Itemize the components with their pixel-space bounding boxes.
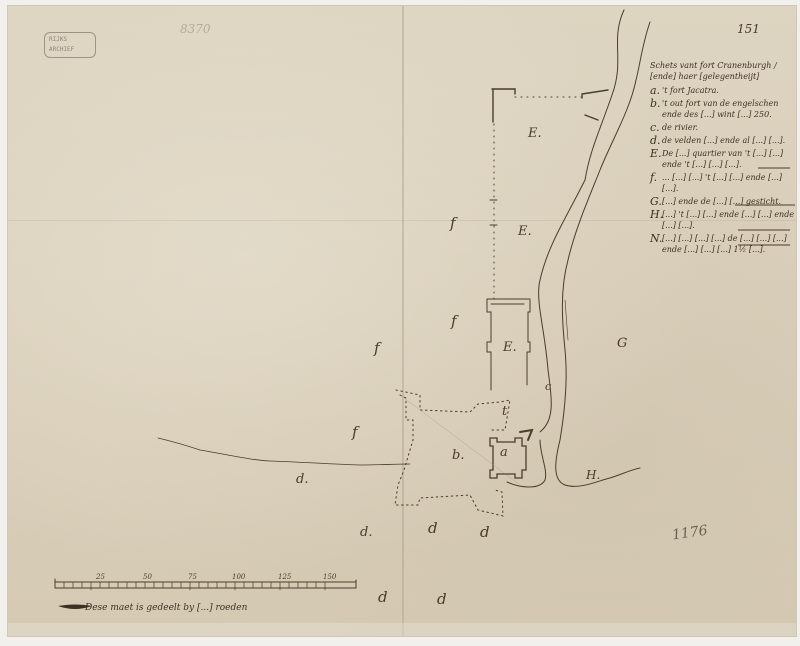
scale-tick-label: 75 — [188, 573, 197, 581]
river-bank-west — [539, 10, 624, 432]
legend-text: ... [...] [...] 't [...] [...] ende [...… — [662, 172, 796, 194]
legend-item: f.... [...] [...] 't [...] [...] ende [.… — [650, 172, 796, 194]
legend-text: [...] ende de [...] [...] gesticht. — [662, 196, 796, 207]
map-legend: Schets vant fort Cranenburgh / [ende] ha… — [650, 60, 796, 257]
label-e: E. — [528, 126, 542, 141]
label-t: t — [502, 404, 507, 419]
legend-text: 't fort Jacatra. — [662, 85, 796, 96]
legend-item: N.[...] [...] [...] [...] de [...] [...]… — [650, 233, 796, 255]
legend-key: a. — [650, 85, 662, 96]
scale-tick-label: 50 — [143, 573, 152, 581]
legend-text: 't out fort van de engelschen ende des [… — [662, 98, 796, 120]
quarter-outline-north — [492, 89, 515, 94]
label-e: E. — [503, 340, 517, 355]
label-d: d. — [296, 472, 308, 487]
legend-title: Schets vant fort Cranenburgh / [ende] ha… — [650, 60, 796, 82]
shore-line — [565, 300, 568, 340]
scale-tick-label: 25 — [96, 573, 105, 581]
legend-key: E. — [650, 148, 662, 170]
label-e: E. — [518, 224, 532, 239]
scale-tick-label: 100 — [232, 573, 245, 581]
legend-text: de velden [...] ende al [...] [...]. — [662, 135, 796, 146]
label-d: d. — [360, 525, 372, 540]
label-f: f — [352, 423, 358, 441]
label-d: d — [428, 519, 438, 537]
legend-item: c.de rivier. — [650, 122, 796, 133]
scale-tick-label: 150 — [323, 573, 336, 581]
label-d: d — [437, 590, 447, 608]
legend-key: f. — [650, 172, 662, 194]
legend-key: b. — [650, 98, 662, 120]
label-f: f — [450, 214, 456, 232]
legend-key: H. — [650, 209, 662, 231]
legend-key: G. — [650, 196, 662, 207]
legend-item: H.[...] 't [...] [...] ende [...] [...] … — [650, 209, 796, 231]
legend-text: de rivier. — [662, 122, 796, 133]
label-c: c — [545, 380, 551, 393]
legend-item: b.'t out fort van de engelschen ende des… — [650, 98, 796, 120]
legend-item: d.de velden [...] ende al [...] [...]. — [650, 135, 796, 146]
scale-caption: Dese maet is gedeelt by [...] roeden — [85, 603, 247, 613]
label-d: d — [378, 588, 388, 606]
coast-line — [158, 438, 410, 465]
legend-text: [...] [...] [...] [...] de [...] [...] [… — [662, 233, 796, 255]
label-h: H. — [586, 468, 600, 482]
river-bank-east — [556, 22, 650, 486]
label-g: G — [617, 336, 627, 351]
legend-item: a.'t fort Jacatra. — [650, 85, 796, 96]
legend-item: E.De [...] quartier van 't [...] [...] e… — [650, 148, 796, 170]
label-d: d — [480, 523, 490, 541]
legend-key: N. — [650, 233, 662, 255]
legend-text: De [...] quartier van 't [...] [...] end… — [662, 148, 796, 170]
label-b: b. — [452, 448, 464, 463]
scale-tick-label: 125 — [278, 573, 291, 581]
legend-item: G.[...] ende de [...] [...] gesticht. — [650, 196, 796, 207]
legend-text: [...] 't [...] [...] ende [...] [...] en… — [662, 209, 796, 231]
legend-key: d. — [650, 135, 662, 146]
label-f: f — [374, 339, 380, 357]
label-a: a — [500, 445, 508, 460]
label-f: f — [451, 312, 457, 330]
legend-key: c. — [650, 122, 662, 133]
fort-jacatra — [490, 438, 526, 478]
